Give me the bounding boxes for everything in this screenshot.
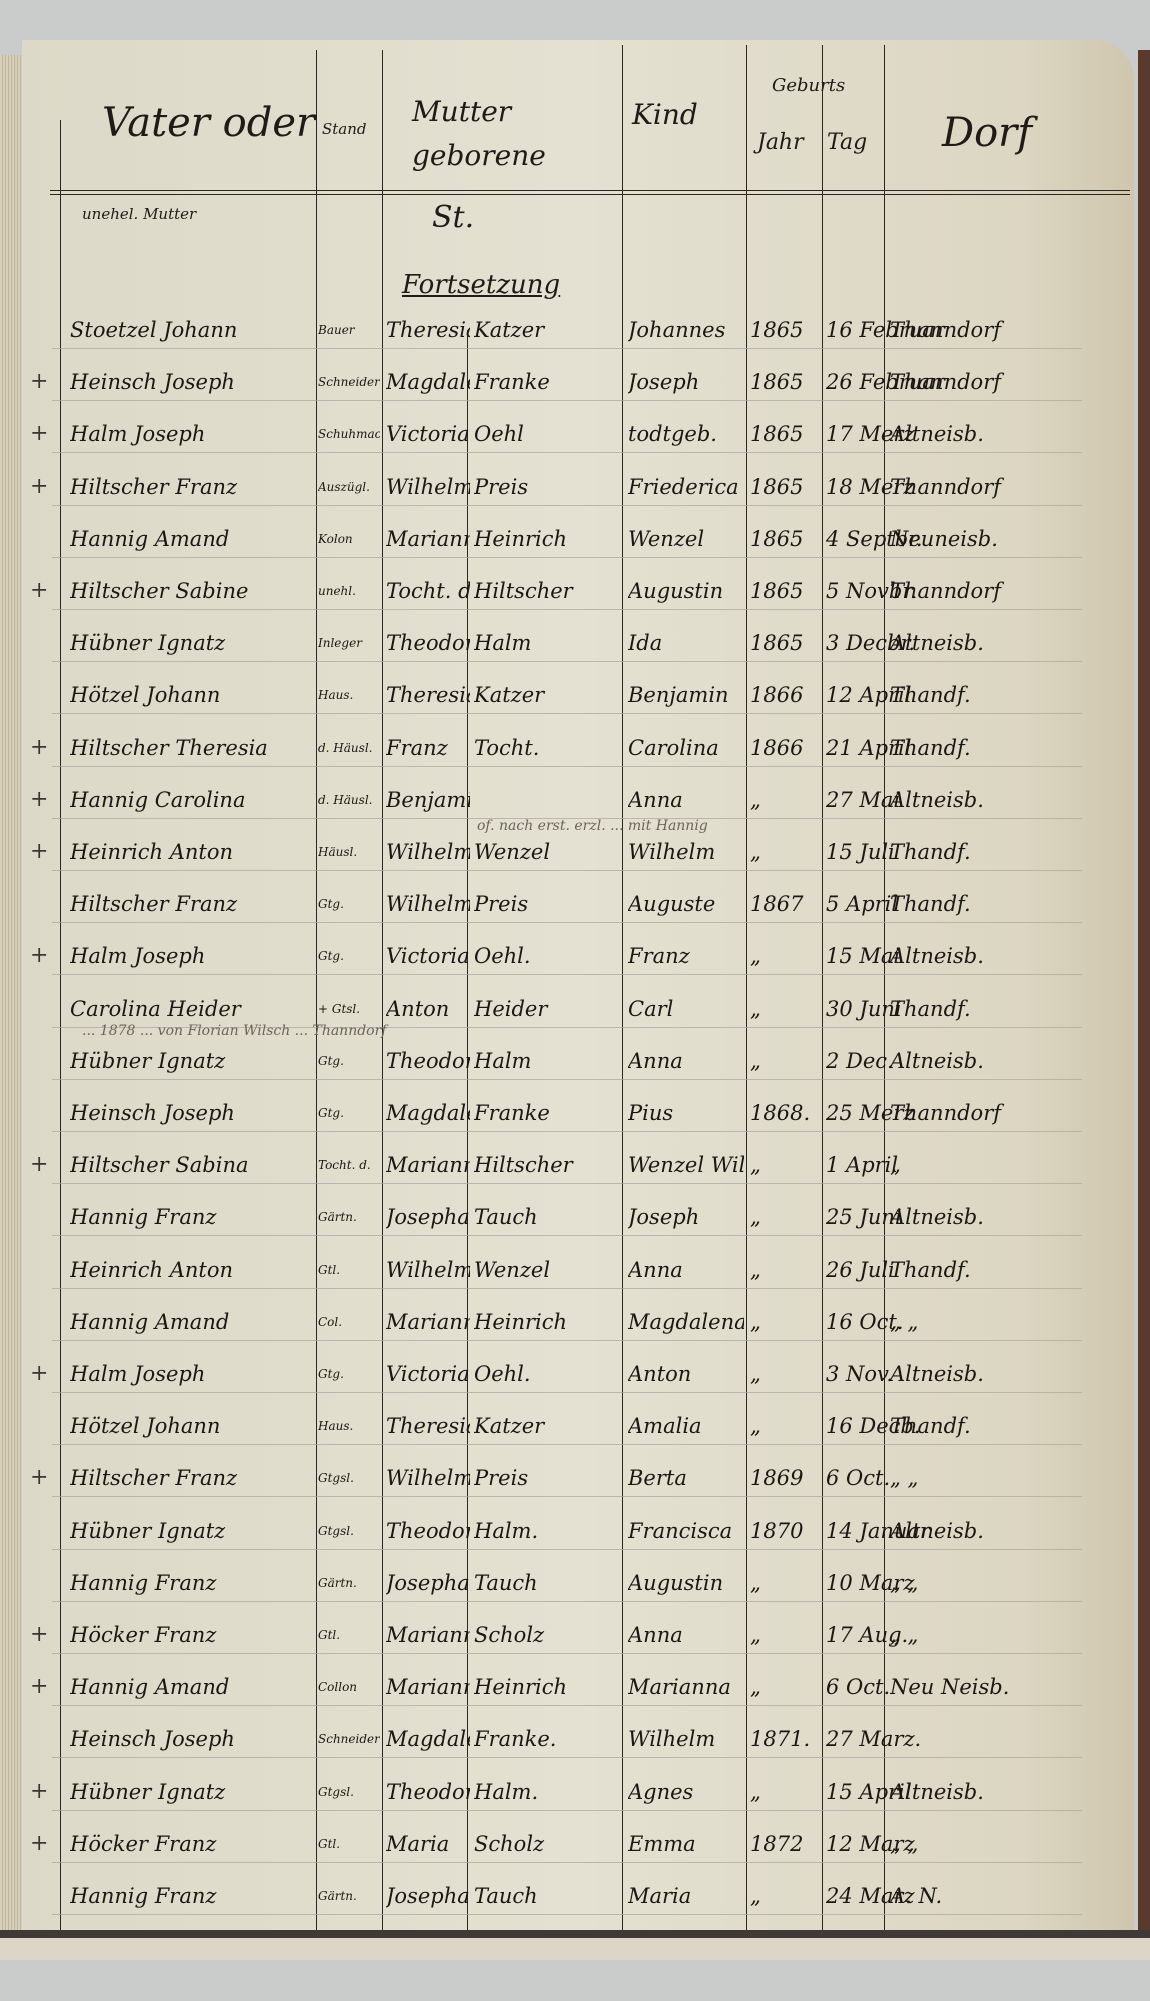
cell-mother-last: Halm. bbox=[474, 1511, 620, 1551]
cross-mark: + bbox=[30, 1615, 48, 1655]
cell-mother-last: Scholz bbox=[474, 1615, 620, 1655]
cross-mark: + bbox=[30, 467, 48, 507]
cell-father: Hübner Ignatz bbox=[70, 1511, 310, 1551]
table-row: +Höcker FranzGtl.MariannaScholzAnna„17 A… bbox=[22, 1615, 1134, 1655]
cell-father: Hiltscher Theresia bbox=[70, 728, 310, 768]
cell-mother-last: Franke bbox=[474, 1093, 620, 1133]
cell-day: 4 Septbr. bbox=[826, 519, 882, 559]
cell-status: Tocht. d. bbox=[318, 1145, 380, 1185]
cell-status: Auszügl. bbox=[318, 467, 380, 507]
cell-child: Friederica bbox=[628, 467, 744, 507]
table-row: +Hiltscher SabinaTocht. d.MariannaHiltsc… bbox=[22, 1145, 1134, 1185]
cell-status: Gtl. bbox=[318, 1250, 380, 1290]
book-bottom-edge bbox=[0, 1930, 1150, 2001]
cell-status: Haus. bbox=[318, 675, 380, 715]
cell-mother-last: Preis bbox=[474, 884, 620, 924]
cell-village: Altneisb. bbox=[890, 1354, 1090, 1394]
cell-child: Wenzel bbox=[628, 519, 744, 559]
cell-village: Thandf. bbox=[890, 1250, 1090, 1290]
cell-status: Col. bbox=[318, 1302, 380, 1342]
cell-status: unehl. bbox=[318, 571, 380, 611]
cell-mother-last: Heinrich bbox=[474, 1302, 620, 1342]
cell-village: Thandf. bbox=[890, 675, 1090, 715]
ruled-line bbox=[52, 557, 1082, 558]
cell-day: 15 Mai bbox=[826, 936, 882, 976]
header-mother: Mutter geborene bbox=[412, 90, 602, 178]
cell-mother-first: Theodora bbox=[386, 1511, 470, 1551]
cell-child: Amalia bbox=[628, 1406, 744, 1446]
cell-mother-first: Marianna bbox=[386, 519, 470, 559]
header-child: Kind bbox=[632, 98, 698, 131]
header-village: Dorf bbox=[942, 110, 1032, 156]
table-row: Hannig FranzGärtn.JosephaTauchAugustin„1… bbox=[22, 1563, 1134, 1603]
cell-year: „ bbox=[750, 1041, 820, 1081]
cell-child: Carl bbox=[628, 989, 744, 1029]
ruled-line bbox=[52, 766, 1082, 767]
cell-status: Gtl. bbox=[318, 1615, 380, 1655]
table-row: +Halm JosephSchuhmacherVictoriaOehltodtg… bbox=[22, 414, 1134, 454]
cell-child: Carolina bbox=[628, 728, 744, 768]
cell-year: „ bbox=[750, 936, 820, 976]
ruled-line bbox=[52, 1288, 1082, 1289]
cell-father: Hiltscher Franz bbox=[70, 467, 310, 507]
cell-year: 1865 bbox=[750, 571, 820, 611]
ruled-line bbox=[52, 1183, 1082, 1184]
ruled-line bbox=[52, 609, 1082, 610]
cell-year: „ bbox=[750, 1772, 820, 1812]
cell-mother-last: Katzer bbox=[474, 1406, 620, 1446]
table-row: Hötzel JohannHaus.TheresiaKatzerAmalia„1… bbox=[22, 1406, 1134, 1446]
cell-village: „ „ bbox=[890, 1563, 1090, 1603]
cell-village: Thandf. bbox=[890, 728, 1090, 768]
header-year: Jahr bbox=[757, 130, 804, 155]
cell-child: Joseph bbox=[628, 1197, 744, 1237]
cell-year: „ bbox=[750, 1145, 820, 1185]
table-row: Hannig FranzGärtn.JosephaTauchMaria„24 M… bbox=[22, 1876, 1134, 1916]
cell-child: Ida bbox=[628, 623, 744, 663]
cell-mother-first: Theresia bbox=[386, 310, 470, 350]
cell-status: Häusl. bbox=[318, 832, 380, 872]
cell-village: Altneisb. bbox=[890, 414, 1090, 454]
cell-child: Joseph bbox=[628, 362, 744, 402]
cell-father: Hiltscher Franz bbox=[70, 884, 310, 924]
cell-status: Gtg. bbox=[318, 936, 380, 976]
table-row: +Halm JosephGtg.VictoriaOehl.Franz„15 Ma… bbox=[22, 936, 1134, 976]
cell-year: „ bbox=[750, 1563, 820, 1603]
cell-mother-first: Tocht. d. Marian. bbox=[386, 571, 470, 611]
cell-father: Hannig Franz bbox=[70, 1876, 310, 1916]
cell-year: 1867 bbox=[750, 884, 820, 924]
cell-mother-last: Heider bbox=[474, 989, 620, 1029]
cell-year: „ bbox=[750, 989, 820, 1029]
cell-day: 16 Oct. bbox=[826, 1302, 882, 1342]
table-row: Heinsch JosephSchneiderMagdalenaFranke.W… bbox=[22, 1719, 1134, 1759]
cell-village: Thanndorf bbox=[890, 1093, 1090, 1133]
cell-mother-first: Victoria bbox=[386, 936, 470, 976]
cell-mother-last: Preis bbox=[474, 467, 620, 507]
cell-year: 1866 bbox=[750, 728, 820, 768]
table-row: Hannig FranzGärtn.JosephaTauchJoseph„25 … bbox=[22, 1197, 1134, 1237]
cell-child: Wilhelm bbox=[628, 832, 744, 872]
cell-mother-first: Franz bbox=[386, 728, 470, 768]
table-row: Hübner IgnatzGtg.TheodoraHalmAnna„2 Dec.… bbox=[22, 1041, 1134, 1081]
table-row: Hannig AmandKolonMariannaHeinrichWenzel1… bbox=[22, 519, 1134, 559]
cell-mother-last: Wenzel bbox=[474, 832, 620, 872]
table-row: +Heinsch JosephSchneiderMagdalenaFrankeJ… bbox=[22, 362, 1134, 402]
cell-year: „ bbox=[750, 780, 820, 820]
cell-child: Anton bbox=[628, 1354, 744, 1394]
cell-day: 24 Marz bbox=[826, 1876, 882, 1916]
cell-mother-first: Josepha bbox=[386, 1563, 470, 1603]
cell-village: Thandf. bbox=[890, 1406, 1090, 1446]
cell-year: 1865 bbox=[750, 414, 820, 454]
cell-year: 1868. bbox=[750, 1093, 820, 1133]
cell-father: Heinsch Joseph bbox=[70, 362, 310, 402]
ruled-line bbox=[52, 922, 1082, 923]
cell-day: 2 Dec. bbox=[826, 1041, 882, 1081]
table-row: Hübner IgnatzGtgsl.TheodoraHalm.Francisc… bbox=[22, 1511, 1134, 1551]
cell-mother-first: Josepha bbox=[386, 1197, 470, 1237]
cell-child: Augustin bbox=[628, 571, 744, 611]
cell-child: Johannes bbox=[628, 310, 744, 350]
cell-mother-first: Magdalena bbox=[386, 362, 470, 402]
cell-mother-first: Marianna bbox=[386, 1302, 470, 1342]
cell-child: Pius bbox=[628, 1093, 744, 1133]
cell-mother-first: Benjamin bbox=[386, 780, 470, 820]
cross-mark: + bbox=[30, 414, 48, 454]
cell-status: Gtg. bbox=[318, 1093, 380, 1133]
cross-mark: + bbox=[30, 362, 48, 402]
cell-village: Altneisb. bbox=[890, 936, 1090, 976]
cell-village: Thandf. bbox=[890, 884, 1090, 924]
ruled-line bbox=[52, 1079, 1082, 1080]
cell-mother-last: Katzer bbox=[474, 310, 620, 350]
ruled-line bbox=[52, 1914, 1082, 1915]
cell-status: Inleger bbox=[318, 623, 380, 663]
cell-father: Halm Joseph bbox=[70, 414, 310, 454]
cell-child: Anna bbox=[628, 1615, 744, 1655]
cell-child: Anna bbox=[628, 780, 744, 820]
cell-year: 1871. bbox=[750, 1719, 820, 1759]
header-day: Tag bbox=[827, 130, 867, 155]
cross-mark: + bbox=[30, 1354, 48, 1394]
cell-village: Thanndorf bbox=[890, 362, 1090, 402]
cell-mother-first: Victoria bbox=[386, 1354, 470, 1394]
cell-mother-first: Marianna bbox=[386, 1145, 470, 1185]
cell-father: Heinsch Joseph bbox=[70, 1093, 310, 1133]
table-row: Heinsch JosephGtg.MagdalenaFrankePius186… bbox=[22, 1093, 1134, 1133]
cell-child: Berta bbox=[628, 1458, 744, 1498]
cell-village: Thanndorf bbox=[890, 467, 1090, 507]
cell-mother-first: Marianna bbox=[386, 1615, 470, 1655]
cell-mother-last: Heinrich bbox=[474, 519, 620, 559]
cell-father: Hübner Ignatz bbox=[70, 1772, 310, 1812]
cell-mother-last: Halm. bbox=[474, 1772, 620, 1812]
table-row: +Hiltscher FranzAuszügl.WilhelminePreisF… bbox=[22, 467, 1134, 507]
cell-status: Gärtn. bbox=[318, 1197, 380, 1237]
cell-day: 12 April bbox=[826, 675, 882, 715]
cell-mother-last: Tauch bbox=[474, 1876, 620, 1916]
cell-day: 14 Januar bbox=[826, 1511, 882, 1551]
cell-village: A. N. bbox=[890, 1876, 1090, 1916]
cross-mark: + bbox=[30, 780, 48, 820]
cell-status: Gtgsl. bbox=[318, 1511, 380, 1551]
cell-mother-first: Magdalena bbox=[386, 1093, 470, 1133]
cell-year: 1872 bbox=[750, 1824, 820, 1864]
cell-mother-first: Marianna bbox=[386, 1667, 470, 1707]
cell-child: Agnes bbox=[628, 1772, 744, 1812]
cell-day: 16 Februar bbox=[826, 310, 882, 350]
cell-father: Heinsch Joseph bbox=[70, 1719, 310, 1759]
cell-day: 5 April bbox=[826, 884, 882, 924]
cell-father: Hiltscher Sabina bbox=[70, 1145, 310, 1185]
cell-child: Auguste bbox=[628, 884, 744, 924]
cell-year: 1865 bbox=[750, 467, 820, 507]
cell-father: Hannig Franz bbox=[70, 1197, 310, 1237]
cell-child: Anna bbox=[628, 1041, 744, 1081]
cell-year: „ bbox=[750, 1406, 820, 1446]
ruled-line bbox=[52, 1444, 1082, 1445]
cell-father: Hannig Amand bbox=[70, 1302, 310, 1342]
cell-status: Gtg. bbox=[318, 1041, 380, 1081]
cell-mother-first: Victoria bbox=[386, 414, 470, 454]
cell-child: Anna bbox=[628, 1250, 744, 1290]
cell-year: „ bbox=[750, 1667, 820, 1707]
cell-day: 21 April bbox=[826, 728, 882, 768]
cell-father: Heinrich Anton bbox=[70, 1250, 310, 1290]
cell-father: Hübner Ignatz bbox=[70, 1041, 310, 1081]
ruled-line bbox=[52, 974, 1082, 975]
cell-village: Neu Neisb. bbox=[890, 1667, 1090, 1707]
cell-village: Thandf. bbox=[890, 989, 1090, 1029]
cell-year: „ bbox=[750, 1197, 820, 1237]
cell-father: Heinrich Anton bbox=[70, 832, 310, 872]
cell-status: Schneider bbox=[318, 362, 380, 402]
table-row: Heinrich AntonGtl.Wilhelm.WenzelAnna„26 … bbox=[22, 1250, 1134, 1290]
table-row: +Hübner IgnatzGtgsl.TheodoraHalm.Agnes„1… bbox=[22, 1772, 1134, 1812]
ruled-line bbox=[52, 1392, 1082, 1393]
cell-mother-first: Wilhelmine bbox=[386, 1458, 470, 1498]
cell-mother-first: Wilhelm. bbox=[386, 1250, 470, 1290]
ruled-line bbox=[52, 452, 1082, 453]
cell-father: Höcker Franz bbox=[70, 1615, 310, 1655]
cell-mother-last: Preis bbox=[474, 1458, 620, 1498]
table-row: +Höcker FranzGtl.MariaScholzEmma187212 M… bbox=[22, 1824, 1134, 1864]
table-row: Hötzel JohannHaus.TheresiaKatzerBenjamin… bbox=[22, 675, 1134, 715]
cell-father: Höcker Franz bbox=[70, 1824, 310, 1864]
table-row: +Hannig AmandCollonMariannaHeinrichMaria… bbox=[22, 1667, 1134, 1707]
cell-status: Gtg. bbox=[318, 1354, 380, 1394]
cell-year: 1865 bbox=[750, 362, 820, 402]
cell-mother-first: Anton bbox=[386, 989, 470, 1029]
cell-village: „ „ bbox=[890, 1615, 1090, 1655]
cell-child: Magdalena bbox=[628, 1302, 744, 1342]
cross-mark: + bbox=[30, 936, 48, 976]
cell-year: 1865 bbox=[750, 519, 820, 559]
cell-mother-last: Tauch bbox=[474, 1563, 620, 1603]
cell-day: 6 Oct. bbox=[826, 1667, 882, 1707]
cell-village: Altneisb. bbox=[890, 623, 1090, 663]
cell-year: „ bbox=[750, 832, 820, 872]
cell-mother-first: Magdalena bbox=[386, 1719, 470, 1759]
cell-child: Augustin bbox=[628, 1563, 744, 1603]
cell-day: 3 Decbr. bbox=[826, 623, 882, 663]
ruled-line bbox=[52, 505, 1082, 506]
cell-mother-last: Hiltscher bbox=[474, 1145, 620, 1185]
cross-mark: + bbox=[30, 571, 48, 611]
cross-mark: + bbox=[30, 1145, 48, 1185]
cell-mother-first: Josepha bbox=[386, 1876, 470, 1916]
ruled-line bbox=[52, 1131, 1082, 1132]
cell-village: „ „ bbox=[890, 1824, 1090, 1864]
table-row: Hiltscher FranzGtg.WilhelminePreisAugust… bbox=[22, 884, 1134, 924]
cell-status: Gtg. bbox=[318, 884, 380, 924]
header-rule bbox=[50, 190, 1130, 195]
header-status: Stand bbox=[322, 120, 367, 138]
ruled-line bbox=[52, 1653, 1082, 1654]
cell-day: 27 Mai bbox=[826, 780, 882, 820]
ruled-line bbox=[52, 1549, 1082, 1550]
cell-mother-last: Tauch bbox=[474, 1197, 620, 1237]
table-row: +Hiltscher Sabineunehl.Tocht. d. Marian.… bbox=[22, 571, 1134, 611]
cell-child: Franz bbox=[628, 936, 744, 976]
cell-day: 26 Februar bbox=[826, 362, 882, 402]
cell-child: Emma bbox=[628, 1824, 744, 1864]
cell-mother-last: Scholz bbox=[474, 1824, 620, 1864]
cell-mother-last: Tocht. bbox=[474, 728, 620, 768]
cell-mother-last: Heinrich bbox=[474, 1667, 620, 1707]
cell-father: Stoetzel Johann bbox=[70, 310, 310, 350]
cell-mother-first: Theresia bbox=[386, 1406, 470, 1446]
ruled-line bbox=[52, 661, 1082, 662]
table-row: Stoetzel JohannBauerTheresiaKatzerJohann… bbox=[22, 310, 1134, 350]
ruled-line bbox=[52, 1862, 1082, 1863]
cell-father: Halm Joseph bbox=[70, 936, 310, 976]
cell-day: 15 April bbox=[826, 1772, 882, 1812]
cell-day: 6 Oct. bbox=[826, 1458, 882, 1498]
cell-status: d. Häusl. bbox=[318, 728, 380, 768]
cell-status: Schuhmacher bbox=[318, 414, 380, 454]
cell-mother-last: Katzer bbox=[474, 675, 620, 715]
cell-mother-first: Maria bbox=[386, 1824, 470, 1864]
cell-day: 25 Juni bbox=[826, 1197, 882, 1237]
cell-father: Hannig Franz bbox=[70, 1563, 310, 1603]
header-mother-sub: St. bbox=[432, 200, 474, 235]
cross-mark: + bbox=[30, 1458, 48, 1498]
cell-mother-last: Oehl. bbox=[474, 1354, 620, 1394]
cell-day: 25 Merz bbox=[826, 1093, 882, 1133]
cell-father: Hannig Carolina bbox=[70, 780, 310, 820]
cross-mark: + bbox=[30, 1824, 48, 1864]
cell-village: „ „ bbox=[890, 1302, 1090, 1342]
register-page: Vater oder unehel. Mutter Stand Mutter g… bbox=[22, 40, 1134, 1935]
cell-mother-first: Wilhelmine bbox=[386, 884, 470, 924]
cell-status: Bauer bbox=[318, 310, 380, 350]
cell-child: Maria bbox=[628, 1876, 744, 1916]
cell-child: Marianna bbox=[628, 1667, 744, 1707]
cell-mother-first: Theodora bbox=[386, 1041, 470, 1081]
cell-mother-last: Oehl bbox=[474, 414, 620, 454]
cell-father: Hannig Amand bbox=[70, 519, 310, 559]
cell-status: Gärtn. bbox=[318, 1876, 380, 1916]
cell-day: 3 Nov. bbox=[826, 1354, 882, 1394]
ruled-line bbox=[52, 1235, 1082, 1236]
cell-village: „ bbox=[890, 1145, 1090, 1185]
cell-year: 1865 bbox=[750, 310, 820, 350]
cell-day: 30 Juni bbox=[826, 989, 882, 1029]
book-cover-edge bbox=[1138, 50, 1150, 1970]
cell-village: Thanndorf bbox=[890, 310, 1090, 350]
cell-child: Benjamin bbox=[628, 675, 744, 715]
cell-year: 1869 bbox=[750, 1458, 820, 1498]
cell-father: Hiltscher Franz bbox=[70, 1458, 310, 1498]
cell-village: Altneisb. bbox=[890, 1197, 1090, 1237]
cell-mother-first: Theodora bbox=[386, 623, 470, 663]
cell-year: 1865 bbox=[750, 623, 820, 663]
cell-day: 26 Juli bbox=[826, 1250, 882, 1290]
cell-day: 18 Merz bbox=[826, 467, 882, 507]
cell-year: 1870 bbox=[750, 1511, 820, 1551]
cell-village: Thanndorf bbox=[890, 571, 1090, 611]
cell-day: 10 Marz bbox=[826, 1563, 882, 1603]
header-birth: Geburts bbox=[772, 75, 845, 96]
table-row: +Halm JosephGtg.VictoriaOehl.Anton„3 Nov… bbox=[22, 1354, 1134, 1394]
cell-father: Hübner Ignatz bbox=[70, 623, 310, 663]
cell-father: Halm Joseph bbox=[70, 1354, 310, 1394]
cell-status: Gtl. bbox=[318, 1824, 380, 1864]
cell-village: Altneisb. bbox=[890, 1041, 1090, 1081]
cell-status: Gärtn. bbox=[318, 1563, 380, 1603]
header-father: Vater oder bbox=[102, 100, 315, 146]
cell-child: Wenzel Wilhelm bbox=[628, 1145, 744, 1185]
cell-status: Gtgsl. bbox=[318, 1458, 380, 1498]
cell-child: todtgeb. bbox=[628, 414, 744, 454]
ruled-line bbox=[52, 1757, 1082, 1758]
cell-status: Gtgsl. bbox=[318, 1772, 380, 1812]
cell-child: Wilhelm bbox=[628, 1719, 744, 1759]
cell-father: Hötzel Johann bbox=[70, 675, 310, 715]
cell-year: „ bbox=[750, 1302, 820, 1342]
table-row: +Hiltscher Theresiad. Häusl.FranzTocht.C… bbox=[22, 728, 1134, 768]
ruled-line bbox=[52, 1340, 1082, 1341]
cell-day: 16 Decb. bbox=[826, 1406, 882, 1446]
cell-village: „ „ bbox=[890, 1458, 1090, 1498]
cell-status: d. Häusl. bbox=[318, 780, 380, 820]
header-father-sub: unehel. Mutter bbox=[82, 205, 196, 223]
cell-day: 27 Marz. bbox=[826, 1719, 882, 1759]
table-row: +Heinrich AntonHäusl.WilhelmineWenzelWil… bbox=[22, 832, 1134, 872]
cell-mother-first: Theodora bbox=[386, 1772, 470, 1812]
margin-note: ... 1878 ... von Florian Wilsch ... Than… bbox=[82, 1023, 386, 1039]
ruled-line bbox=[52, 1601, 1082, 1602]
cell-year: 1866 bbox=[750, 675, 820, 715]
cell-status: Kolon bbox=[318, 519, 380, 559]
table-row: Hannig AmandCol.MariannaHeinrichMagdalen… bbox=[22, 1302, 1134, 1342]
ruled-line bbox=[52, 1810, 1082, 1811]
cell-village: Neuneisb. bbox=[890, 519, 1090, 559]
cross-mark: + bbox=[30, 728, 48, 768]
cell-mother-last: Hiltscher bbox=[474, 571, 620, 611]
cell-status: Schneider bbox=[318, 1719, 380, 1759]
cell-day: 17 Merz bbox=[826, 414, 882, 454]
ruled-line bbox=[52, 400, 1082, 401]
cell-mother-last: Wenzel bbox=[474, 1250, 620, 1290]
cell-father: Hannig Amand bbox=[70, 1667, 310, 1707]
cell-day: 17 Aug. bbox=[826, 1615, 882, 1655]
table-row: +Hiltscher FranzGtgsl.WilhelminePreisBer… bbox=[22, 1458, 1134, 1498]
ruled-line bbox=[52, 713, 1082, 714]
cell-village: Altneisb. bbox=[890, 780, 1090, 820]
